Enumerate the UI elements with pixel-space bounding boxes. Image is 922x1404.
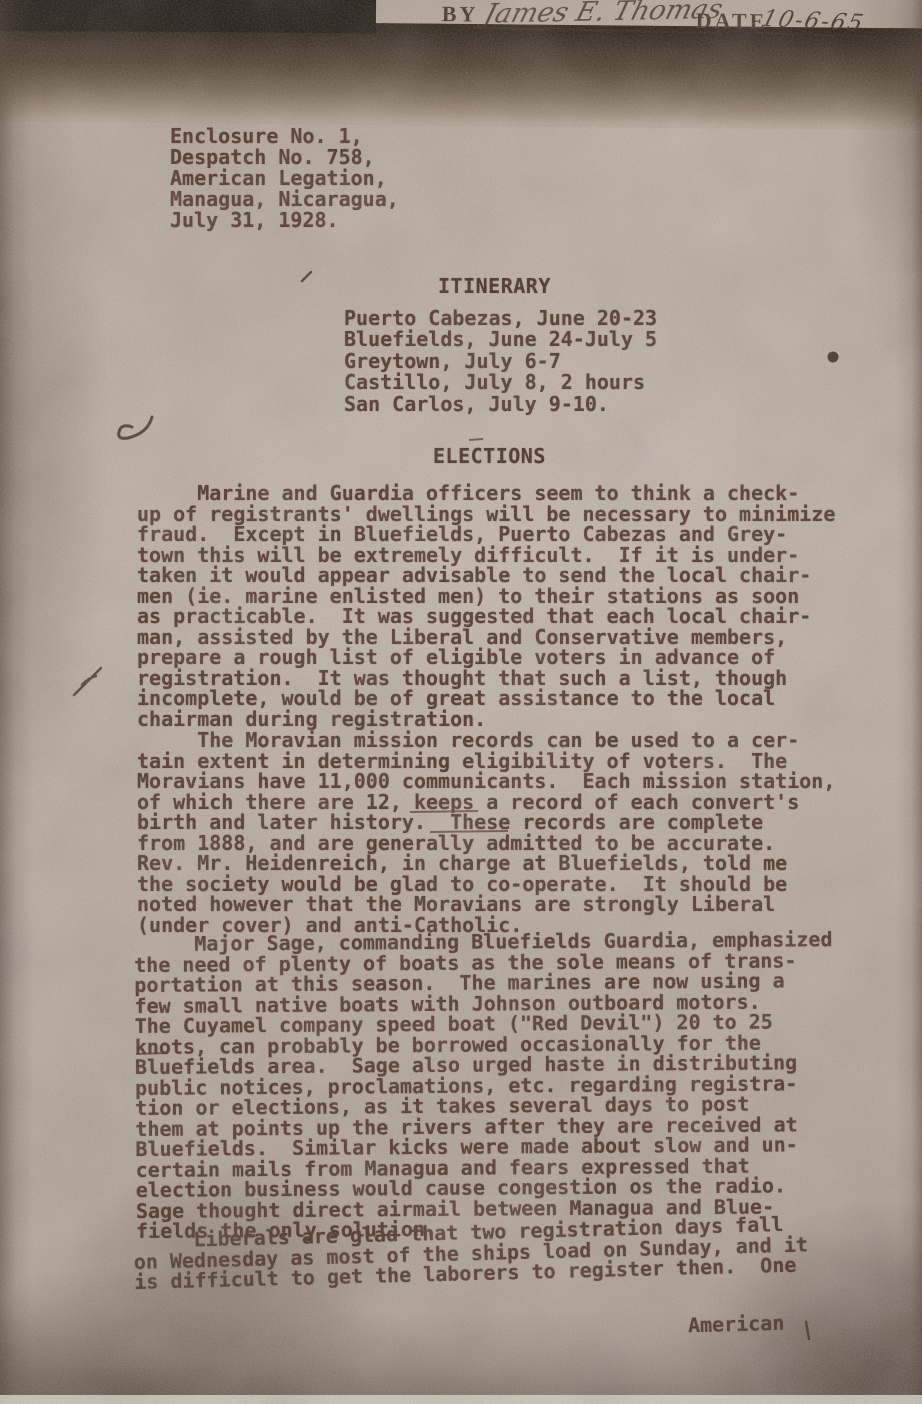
typed-line: Puerto Cabezas, June 20-23 <box>344 308 657 329</box>
scan-black-bar <box>0 0 376 33</box>
typed-line: San Carlos, July 9-10. <box>344 394 657 415</box>
typed-line: the society would be glad to co-operate.… <box>137 874 835 895</box>
scanned-document-page: BY James E. Thomas DATE 10-6-65 Enclosur… <box>0 0 922 1404</box>
typed-line: registration. It was thought that such a… <box>137 668 835 689</box>
typed-line: noted however that the Moravians are str… <box>137 894 835 915</box>
typed-line: Rev. Mr. Heidenreich, in charge at Bluef… <box>137 853 835 874</box>
typed-line: as practicable. It was suggested that ea… <box>137 606 835 627</box>
typed-line: town this will be extremely difficult. I… <box>137 545 835 566</box>
pen-caret-mark <box>302 272 311 281</box>
typed-line: of which there are 12, keeps a record of… <box>137 792 835 813</box>
stamp-signature: James E. Thomas <box>481 0 721 30</box>
typed-line: tain extent in determining eligibility o… <box>137 751 835 772</box>
elections-paragraph-2: The Moravian mission records can be used… <box>137 730 835 935</box>
letterhead-block: Enclosure No. 1,Despatch No. 758,America… <box>170 126 399 231</box>
typed-line: Managua, Nicaragua, <box>170 189 399 210</box>
stamp-by-label: BY <box>442 1 479 28</box>
typed-line: Enclosure No. 1, <box>170 126 399 147</box>
typed-line: birth and later history. These records a… <box>137 812 835 833</box>
pen-tick-mark <box>806 1322 809 1339</box>
pen-check-mark <box>74 668 101 695</box>
typed-line: chairman during registration. <box>137 709 835 730</box>
typed-line: Moravians have 11,000 communicants. Each… <box>137 771 835 792</box>
signature-underline <box>474 27 722 34</box>
typed-line: fraud. Except in Bluefields, Puerto Cabe… <box>137 524 835 545</box>
typed-line: up of registrants' dwellings will be nec… <box>137 504 835 525</box>
typed-line: Bluefields, June 24-July 5 <box>344 329 657 350</box>
itinerary-list: Puerto Cabezas, June 20-23Bluefields, Ju… <box>344 308 657 415</box>
overline-elections-c <box>469 439 483 440</box>
routing-stamp: BY James E. Thomas DATE 10-6-65 <box>429 0 921 43</box>
elections-heading: ELECTIONS <box>433 444 546 468</box>
typed-line: Marine and Guardia officers seem to thin… <box>137 483 835 504</box>
scan-bottom-strip <box>0 1395 922 1404</box>
typed-line: Castillo, July 8, 2 hours <box>344 372 657 393</box>
elections-paragraph-1: Marine and Guardia officers seem to thin… <box>137 483 835 729</box>
catchword: American <box>688 1311 785 1338</box>
pen-squiggle-mark <box>119 417 152 438</box>
typed-line: The Moravian mission records can be used… <box>137 730 835 751</box>
typed-line: Greytown, July 6-7 <box>344 351 657 372</box>
stamp-date-label: DATE <box>696 8 768 35</box>
typed-line: from 1888, and are generally admitted to… <box>137 833 835 854</box>
typed-line: July 31, 1928. <box>170 210 399 231</box>
typed-line: man, assisted by the Liberal and Conserv… <box>137 627 835 648</box>
typed-line: taken it would appear advisable to send … <box>137 565 835 586</box>
typed-line: incomplete, would be of great assistance… <box>137 688 835 709</box>
typed-line: prepare a rough list of eligible voters … <box>137 647 835 668</box>
typed-line: men (ie. marine enlisted men) to their s… <box>137 586 835 607</box>
elections-paragraph-3: Major Sage, commanding Bluefields Guardi… <box>134 929 835 1241</box>
itinerary-heading: ITINERARY <box>438 274 551 298</box>
typed-line: American Legation, <box>170 168 399 189</box>
ink-blot <box>828 352 839 363</box>
typed-line: Despatch No. 758, <box>170 147 399 168</box>
